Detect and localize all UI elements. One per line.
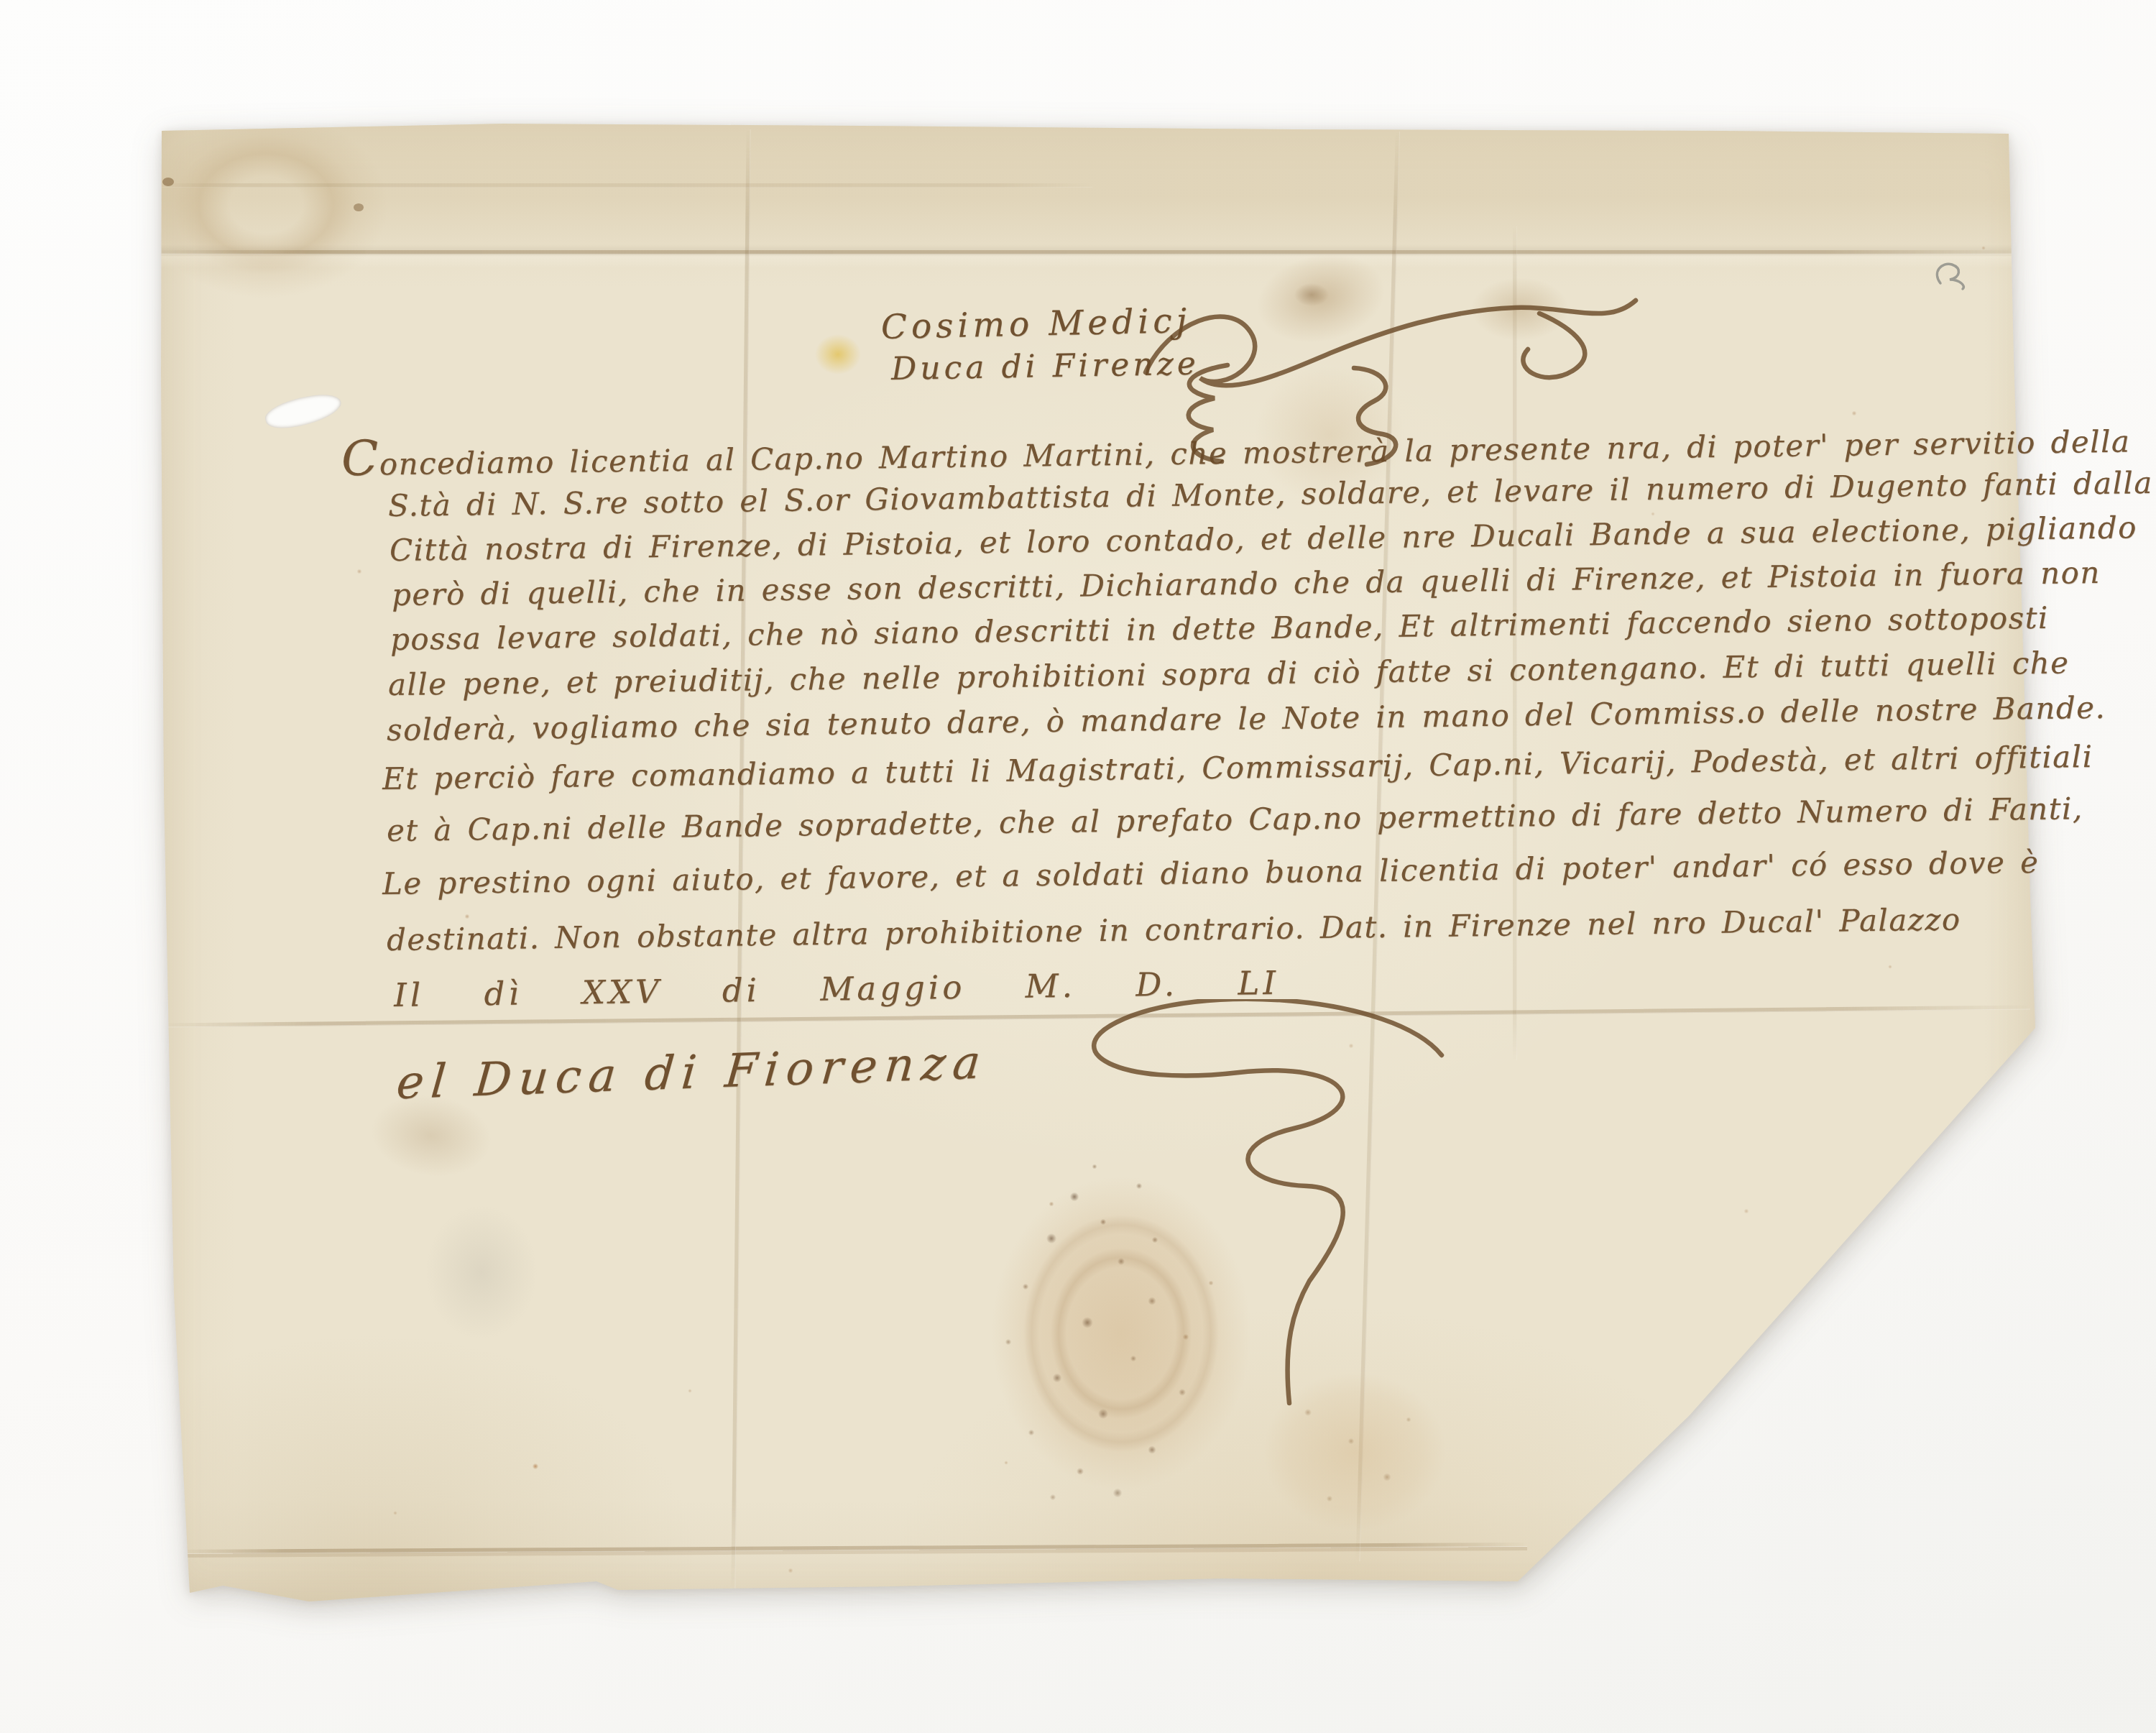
handwritten-ink-layer: Cosimo Medicj Duca di Firenze Concediamo… xyxy=(0,0,2156,1733)
photo-backdrop: Cosimo Medicj Duca di Firenze Concediamo… xyxy=(0,0,2156,1733)
manuscript-line: Le prestino ogni aiuto, et favore, et a … xyxy=(382,842,2040,904)
signature: el Duca di Fiorenza xyxy=(395,1036,990,1110)
signature-flourish xyxy=(1019,999,1461,1427)
manuscript-line: et à Cap.ni delle Bande sopradette, che … xyxy=(387,789,2083,851)
manuscript-line: destinati. Non obstante altra prohibitio… xyxy=(387,899,1961,960)
